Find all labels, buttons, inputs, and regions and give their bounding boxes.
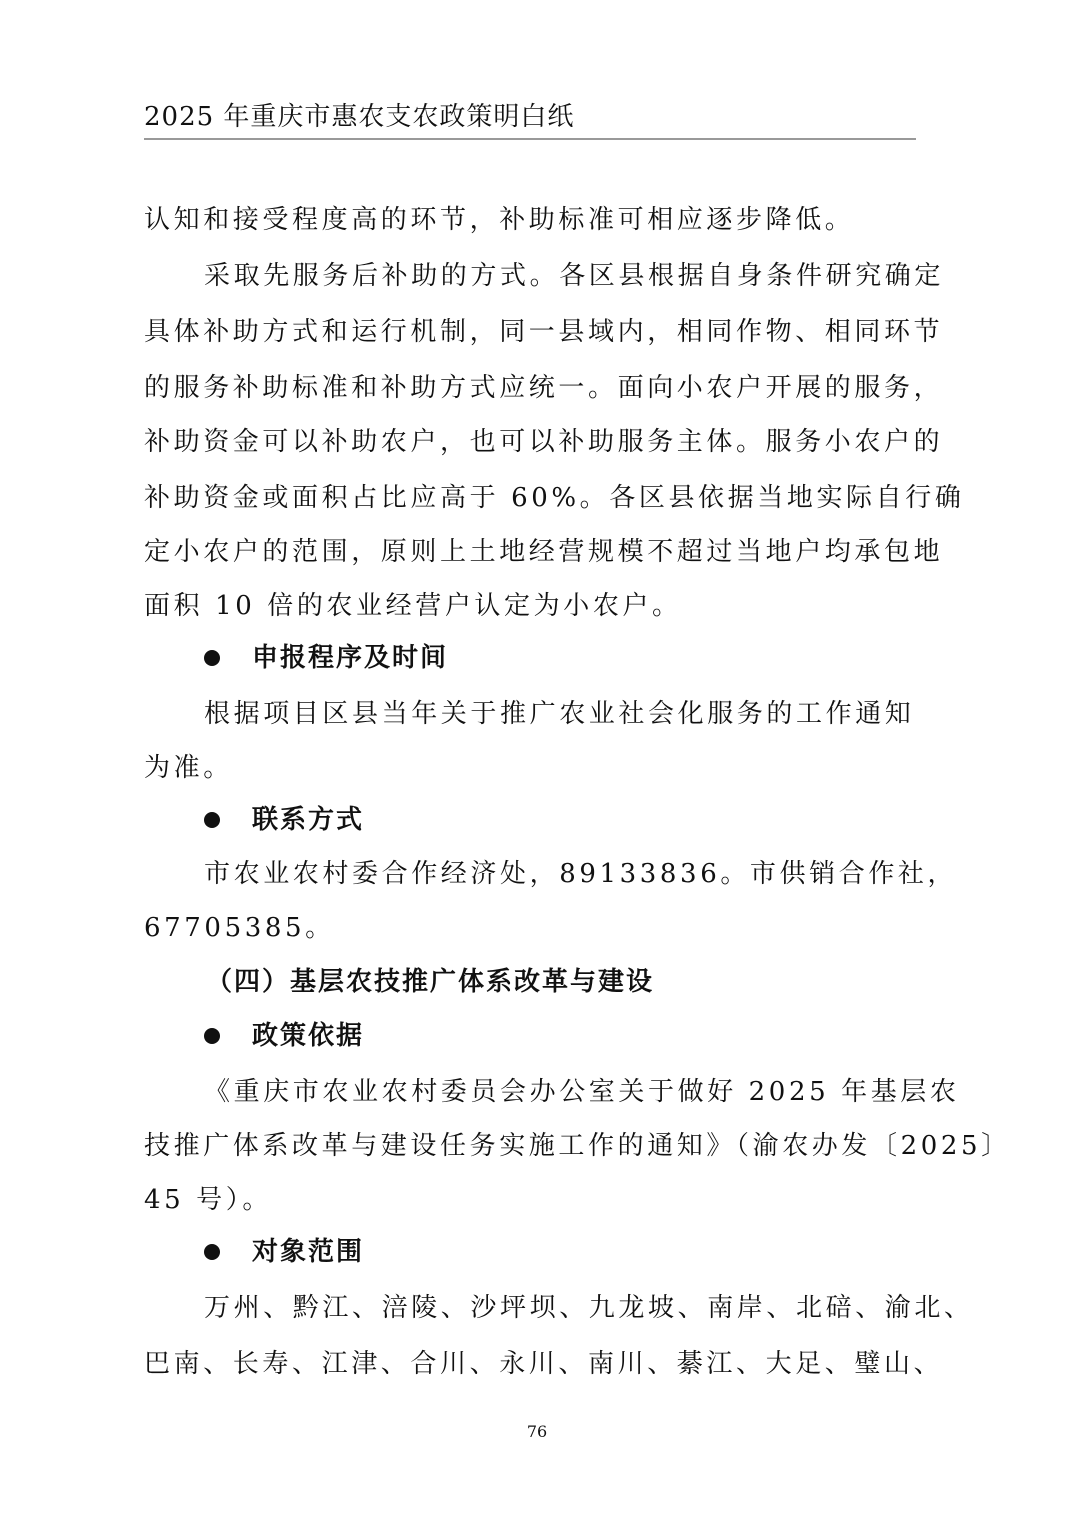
body-line: 为准。	[144, 750, 233, 786]
bullet-icon	[204, 812, 220, 828]
body-line: 补助资金或面积占比应高于 60%。各区县依据当地实际自行确	[144, 480, 964, 516]
page-header-title: 2025 年重庆市惠农支农政策明白纸	[144, 96, 574, 133]
section-heading-scope: 对象范围	[252, 1234, 364, 1270]
body-line: 市农业农村委合作经济处，89133836。市供销合作社，	[204, 856, 957, 892]
body-line: 定小农户的范围，原则上土地经营规模不超过当地户均承包地	[144, 534, 943, 570]
bullet-icon	[204, 1028, 220, 1044]
section-heading-apply: 申报程序及时间	[252, 640, 448, 676]
body-line: 具体补助方式和运行机制，同一县域内，相同作物、相同环节	[144, 314, 943, 350]
bullet-icon	[204, 1244, 220, 1260]
body-line: 45 号）。	[144, 1182, 272, 1218]
body-line: 认知和接受程度高的环节，补助标准可相应逐步降低。	[144, 202, 854, 238]
body-line: 面积 10 倍的农业经营户认定为小农户。	[144, 588, 682, 624]
body-line: 万州、黔江、涪陵、沙坪坝、九龙坡、南岸、北碚、渝北、	[204, 1290, 974, 1326]
body-line: 巴南、长寿、江津、合川、永川、南川、綦江、大足、璧山、	[144, 1346, 943, 1382]
body-line: 《重庆市农业农村委员会办公室关于做好 2025 年基层农	[204, 1074, 960, 1110]
section-heading-contact: 联系方式	[252, 802, 364, 838]
body-line: 根据项目区县当年关于推广农业社会化服务的工作通知	[204, 696, 914, 732]
page-number: 76	[0, 1422, 1074, 1441]
bullet-icon	[204, 650, 220, 666]
body-line: 的服务补助标准和补助方式应统一。面向小农户开展的服务，	[144, 370, 943, 406]
header-divider	[144, 138, 916, 140]
section-heading-basis: 政策依据	[252, 1018, 364, 1054]
body-line: 技推广体系改革与建设任务实施工作的通知》（渝农办发〔2025〕	[144, 1128, 1011, 1164]
body-line: 补助资金可以补助农户，也可以补助服务主体。服务小农户的	[144, 424, 943, 460]
body-line: 采取先服务后补助的方式。各区县根据自身条件研究确定	[204, 258, 944, 294]
section-heading-4: （四）基层农技推广体系改革与建设	[206, 964, 654, 1000]
body-line: 67705385。	[144, 910, 335, 946]
